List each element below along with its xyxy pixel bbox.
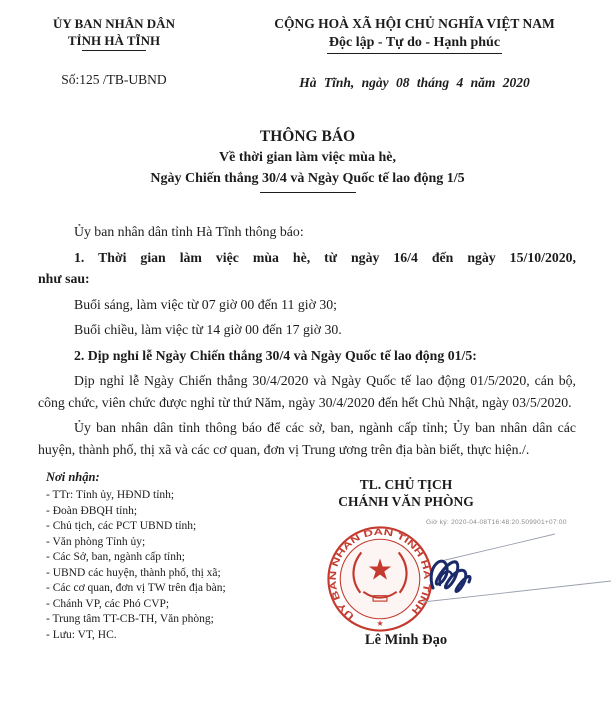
recipient-item: - Đoàn ĐBQH tỉnh;: [46, 504, 300, 520]
callout-line-upper: [437, 534, 555, 562]
title-subtitle-1: Về thời gian làm việc mùa hè,: [0, 147, 615, 168]
org-underline: [82, 50, 146, 51]
national-motto: Độc lập - Tự do - Hạnh phúc: [327, 33, 502, 54]
recipient-item: - Các Sở, ban, ngành cấp tỉnh;: [46, 550, 300, 566]
recipients-label: Nơi nhận:: [46, 470, 300, 485]
document-number: Số:125 /TB-UBND: [0, 72, 228, 88]
issuing-org-name: ỦY BAN NHÂN DÂN: [0, 15, 228, 32]
recipient-item: - Chánh VP, các Phó CVP;: [46, 597, 300, 613]
work-hours-morning: Buổi sáng, làm việc từ 07 giờ 00 đến 11 …: [38, 294, 576, 316]
closing-paragraph: Ủy ban nhân dân tỉnh thông báo để các sở…: [38, 417, 576, 460]
recipient-item: - Lưu: VT, HC.: [46, 628, 300, 644]
place-date-line: Hà Tĩnh, ngày 08 tháng 4 năm 2020: [228, 75, 601, 91]
issuing-org-province: TỈNH HÀ TĨNH: [0, 32, 228, 49]
signer-title: TL. CHỦ TỊCH CHÁNH VĂN PHÒNG: [300, 476, 512, 510]
document-body: Ủy ban nhân dân tỉnh Hà Tĩnh thông báo: …: [38, 221, 576, 460]
signature-scribble: [431, 561, 470, 591]
document-header: ỦY BAN NHÂN DÂN TỈNH HÀ TĨNH Số:125 /TB-…: [0, 0, 615, 91]
document-title: THÔNG BÁO: [0, 126, 615, 147]
document-footer: Nơi nhận: - TTr: Tỉnh ủy, HĐND tỉnh; - Đ…: [0, 470, 615, 669]
section-1-heading-line-2: như sau:: [38, 268, 576, 290]
signer-name: Lê Minh Đạo: [300, 632, 512, 649]
recipient-item: - Các cơ quan, đơn vị TW trên địa bàn;: [46, 581, 300, 597]
recipient-item: - UBND các huyện, thành phố, thị xã;: [46, 566, 300, 582]
recipient-item: - Văn phòng Tỉnh ủy;: [46, 535, 300, 551]
seal-star-icon: ★: [376, 619, 383, 628]
recipient-item: - TTr: Tỉnh ủy, HĐND tỉnh;: [46, 488, 300, 504]
recipient-item: - Trung tâm TT-CB-TH, Văn phòng;: [46, 612, 300, 628]
national-header-block: CỘNG HOÀ XÃ HỘI CHỦ NGHĨA VIỆT NAM Độc l…: [228, 15, 615, 91]
work-hours-afternoon: Buổi chiều, làm việc từ 14 giờ 00 đến 17…: [38, 319, 576, 341]
title-underline: [260, 192, 356, 193]
signer-title-line-2: CHÁNH VĂN PHÒNG: [300, 493, 512, 510]
document-page: ỦY BAN NHÂN DÂN TỈNH HÀ TĨNH Số:125 /TB-…: [0, 0, 615, 709]
intro-paragraph: Ủy ban nhân dân tỉnh Hà Tĩnh thông báo:: [38, 221, 576, 243]
issuing-org-block: ỦY BAN NHÂN DÂN TỈNH HÀ TĨNH Số:125 /TB-…: [0, 15, 228, 91]
title-subtitle-2: Ngày Chiến thắng 30/4 và Ngày Quốc tế la…: [0, 168, 615, 189]
signer-title-line-1: TL. CHỦ TỊCH: [300, 476, 512, 493]
handwritten-signature: [393, 522, 615, 622]
section-2-heading: 2. Dịp nghỉ lễ Ngày Chiến thắng 30/4 và …: [38, 345, 576, 367]
signature-block: TL. CHỦ TỊCH CHÁNH VĂN PHÒNG ỦY BAN NHÂN…: [300, 470, 615, 669]
national-name: CỘNG HOÀ XÃ HỘI CHỦ NGHĨA VIỆT NAM: [228, 15, 601, 33]
recipients-block: Nơi nhận: - TTr: Tỉnh ủy, HĐND tỉnh; - Đ…: [0, 470, 300, 669]
holiday-paragraph: Dịp nghỉ lễ Ngày Chiến thắng 30/4/2020 v…: [38, 370, 576, 413]
section-1-heading: 1. Thời gian làm việc mùa hè, từ ngày 16…: [38, 247, 576, 290]
title-block: THÔNG BÁO Về thời gian làm việc mùa hè, …: [0, 126, 615, 193]
recipient-item: - Chủ tịch, các PCT UBND tỉnh;: [46, 519, 300, 535]
section-1-heading-line-1: 1. Thời gian làm việc mùa hè, từ ngày 16…: [38, 247, 576, 269]
